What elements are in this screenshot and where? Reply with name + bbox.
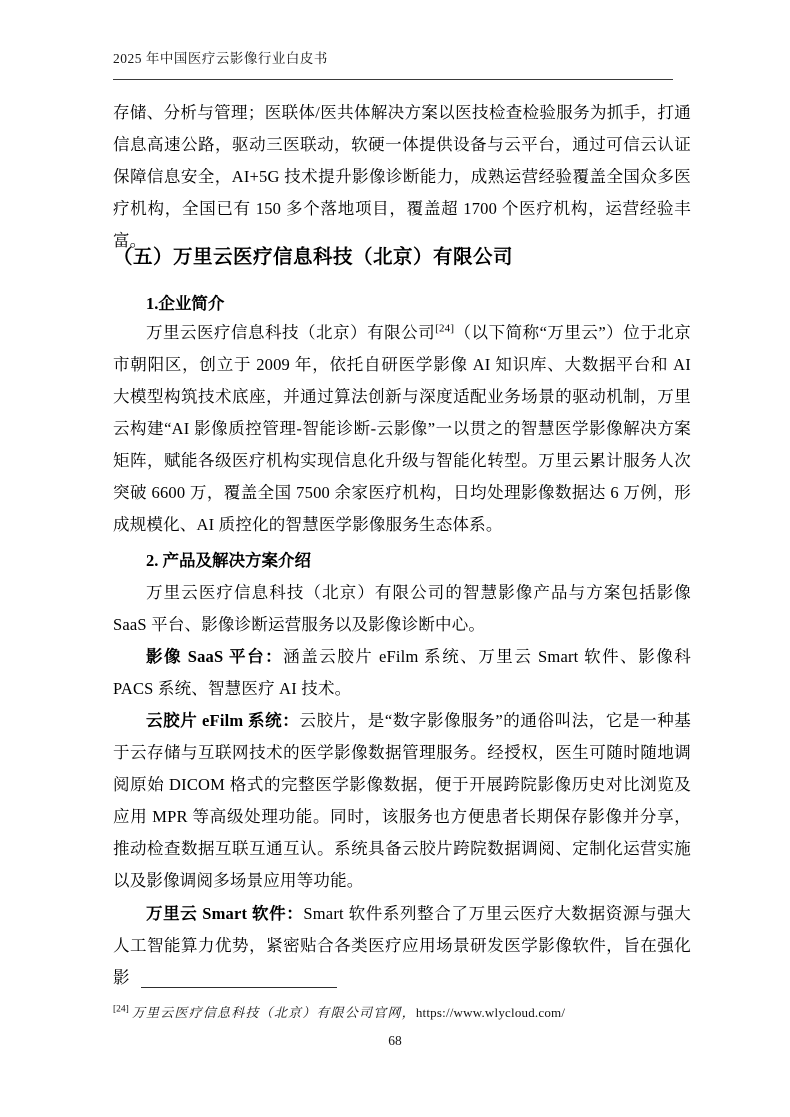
- document-page: 2025 年中国医疗云影像行业白皮书 存储、分析与管理；医联体/医共体解决方案以…: [0, 0, 790, 1117]
- company-intro-text-after-ref: （以下简称“万里云”）位于北京市朝阳区，创立于 2009 年，依托自研医学影像 …: [113, 323, 691, 534]
- footnote-url-link[interactable]: https://www.wlycloud.com/: [416, 1005, 565, 1020]
- section-heading-company-5: （五）万里云医疗信息科技（北京）有限公司: [113, 242, 691, 274]
- subsection-title-company-profile: 1.企业简介: [113, 289, 724, 319]
- efilm-system-lead-label: 云胶片 eFilm 系统：: [146, 711, 299, 730]
- footnote-24: [24]万里云医疗信息科技（北京）有限公司官网，https://www.wlyc…: [113, 1002, 691, 1023]
- page-number: 68: [0, 1033, 790, 1049]
- smart-software-lead-label: 万里云 Smart 软件：: [146, 904, 303, 923]
- page-header-title: 2025 年中国医疗云影像行业白皮书: [113, 50, 673, 68]
- paragraph-efilm-system: 云胶片 eFilm 系统：云胶片，是“数字影像服务”的通俗叫法，它是一种基于云存…: [113, 705, 691, 897]
- footnote-ref-24[interactable]: [24]: [435, 323, 454, 335]
- footnote-marker: [24]: [113, 1005, 129, 1015]
- footnote-text: 万里云医疗信息科技（北京）有限公司官网，: [132, 1005, 416, 1020]
- company-intro-text-before-ref: 万里云医疗信息科技（北京）有限公司: [146, 323, 435, 342]
- footnote-separator-line: [141, 987, 337, 988]
- paragraph-saas-platform: 影像 SaaS 平台：涵盖云胶片 eFilm 系统、万里云 Smart 软件、影…: [113, 641, 691, 705]
- page-header: 2025 年中国医疗云影像行业白皮书: [113, 50, 673, 80]
- paragraph-products-overview: 万里云医疗信息科技（北京）有限公司的智慧影像产品与方案包括影像 SaaS 平台、…: [113, 577, 691, 641]
- paragraph-continued-from-previous-page: 存储、分析与管理；医联体/医共体解决方案以医技检查检验服务为抓手，打通信息高速公…: [113, 97, 691, 257]
- paragraph-smart-software: 万里云 Smart 软件：Smart 软件系列整合了万里云医疗大数据资源与强大人…: [113, 898, 691, 994]
- efilm-system-text: 云胶片，是“数字影像服务”的通俗叫法，它是一种基于云存储与互联网技术的医学影像数…: [113, 711, 691, 890]
- paragraph-company-intro: 万里云医疗信息科技（北京）有限公司[24]（以下简称“万里云”）位于北京市朝阳区…: [113, 317, 691, 541]
- subsection-title-products-solutions: 2. 产品及解决方案介绍: [113, 546, 724, 576]
- saas-platform-lead-label: 影像 SaaS 平台：: [146, 647, 283, 666]
